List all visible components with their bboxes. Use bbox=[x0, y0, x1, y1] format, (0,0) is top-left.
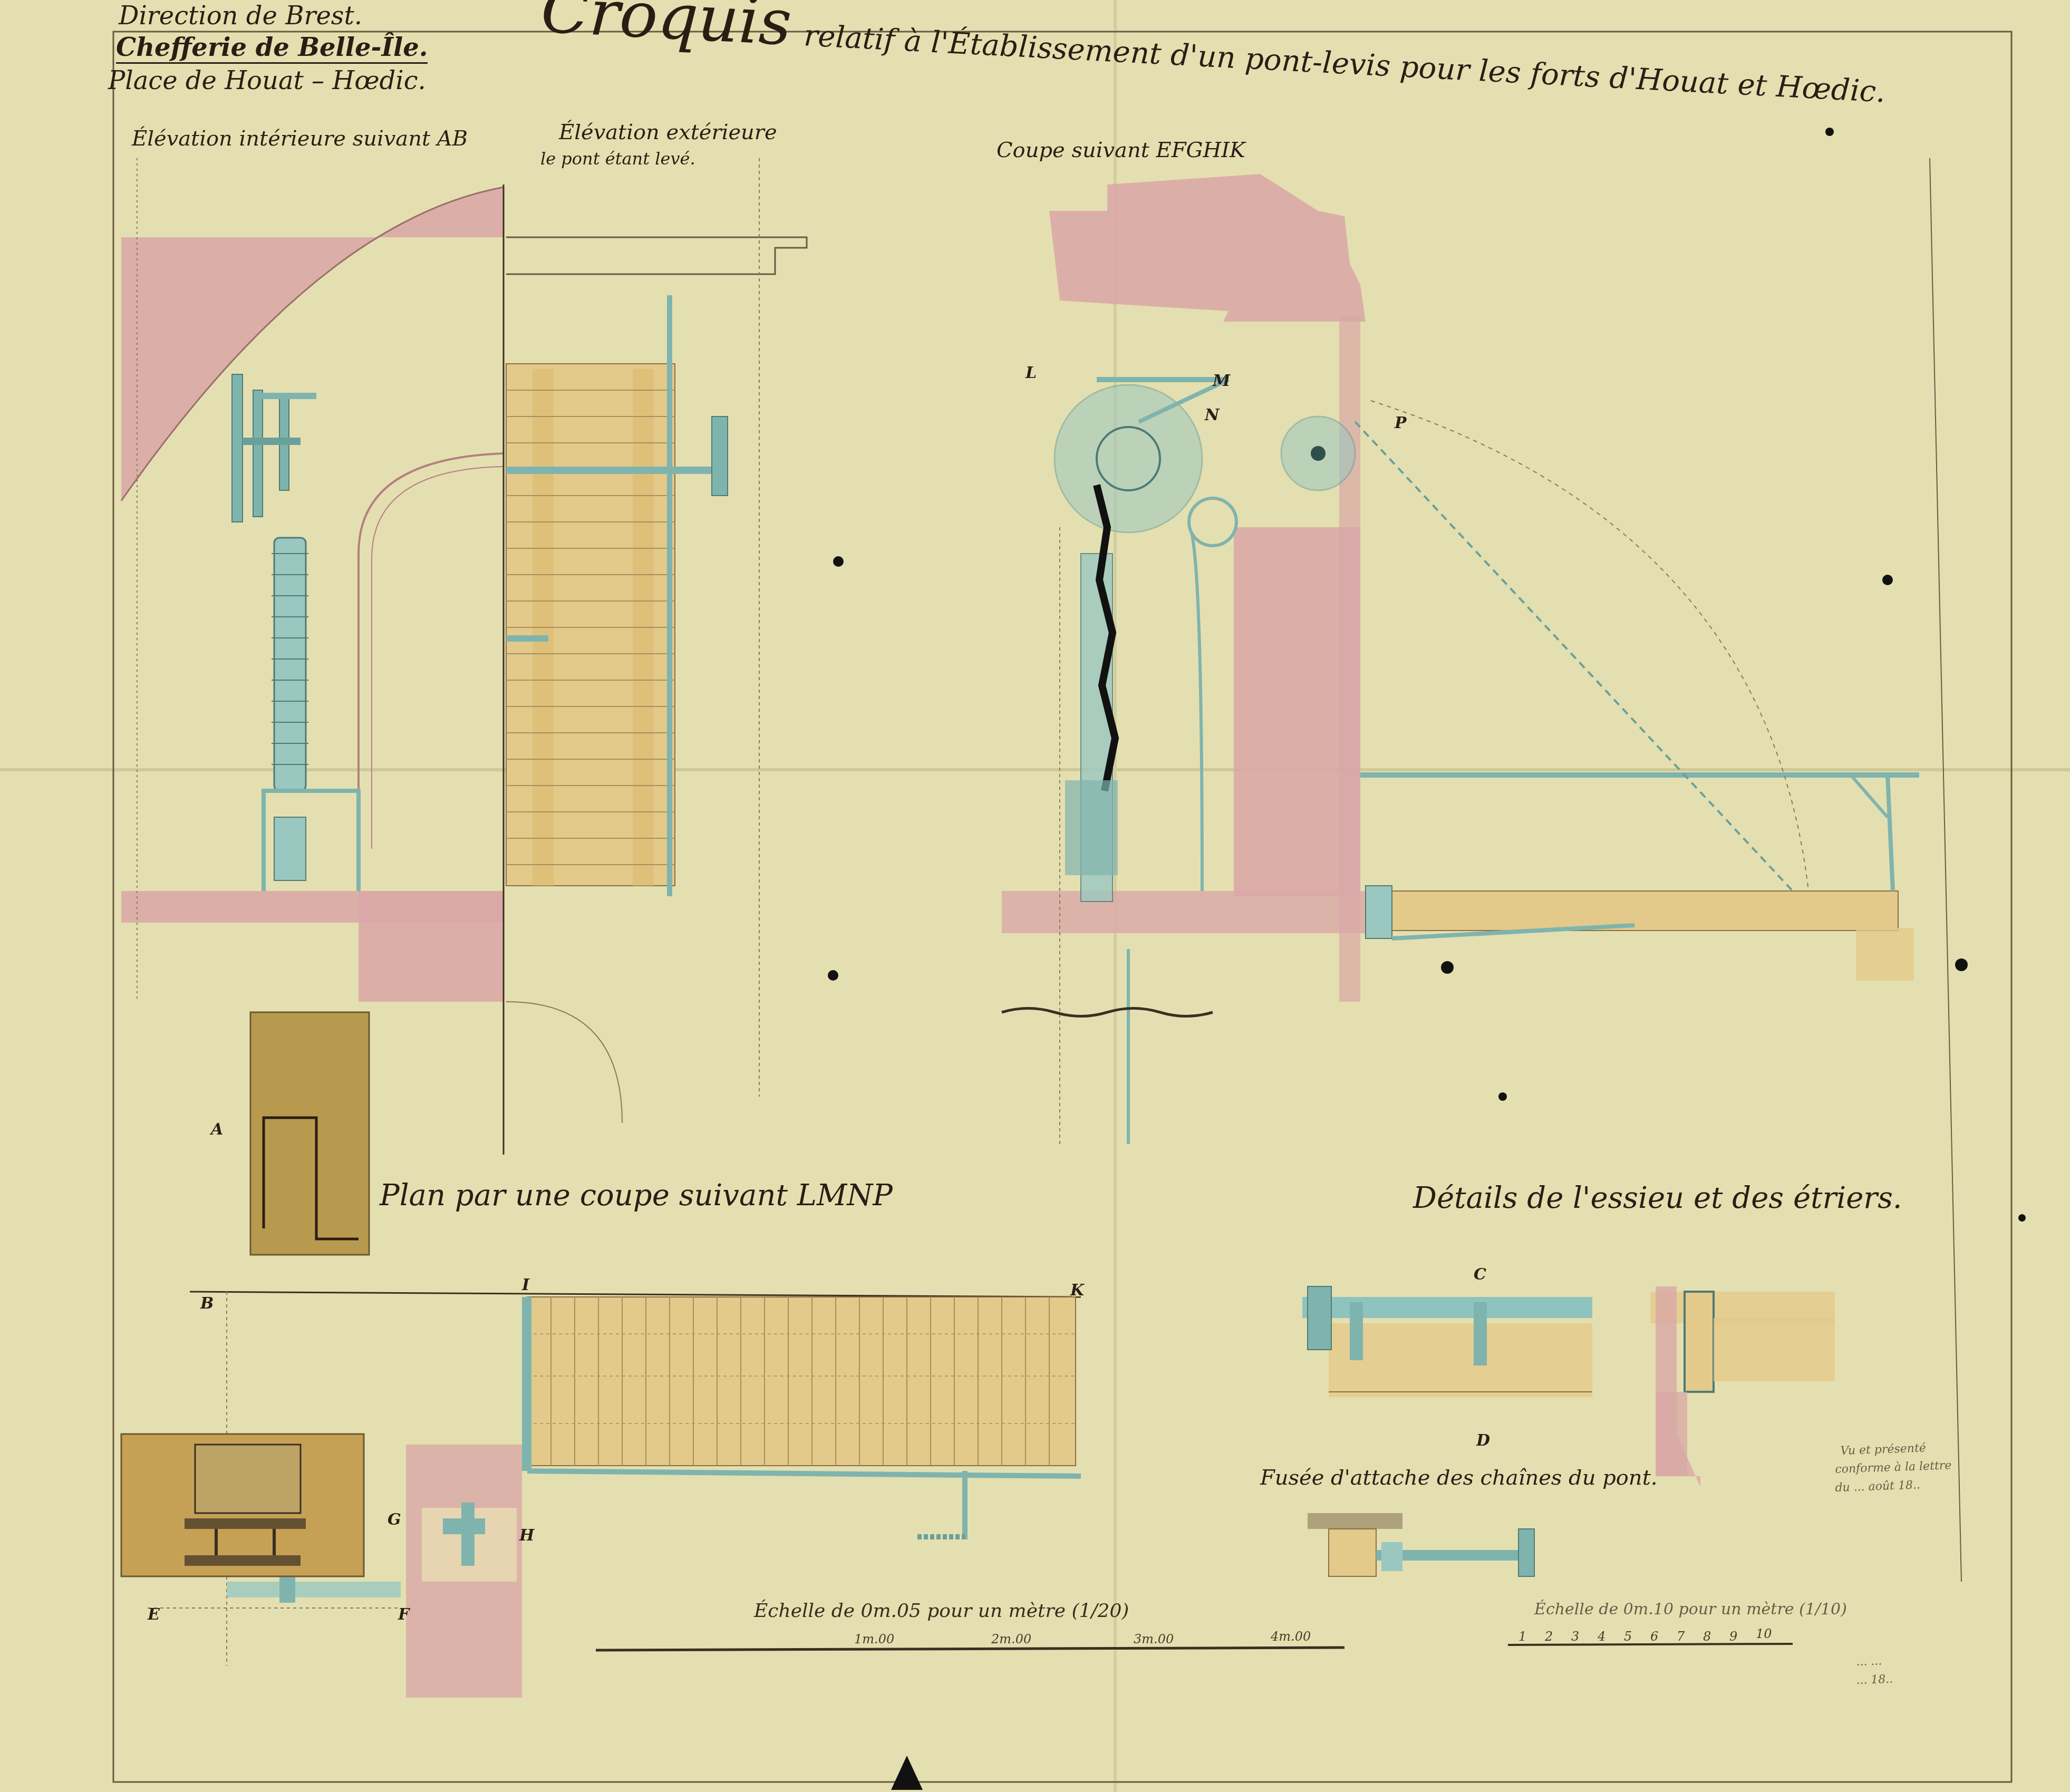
point-label-m: M bbox=[1213, 372, 1230, 390]
admin-line-place: Place de Houat – Hœdic. bbox=[108, 66, 426, 95]
scale-detail-tick: 4 bbox=[1598, 1629, 1605, 1644]
point-label-c: C bbox=[1474, 1265, 1486, 1284]
point-label-d: D bbox=[1476, 1431, 1490, 1450]
scale-detail-label: Échelle de 0m.10 pour un mètre (1/10) bbox=[1534, 1600, 1847, 1619]
point-label-f: F bbox=[398, 1605, 409, 1624]
section-plan: Plan par une coupe suivant LMNP bbox=[380, 1178, 893, 1213]
technical-drawing bbox=[0, 0, 2070, 1792]
bottom-note-line: ... 18.. bbox=[1856, 1673, 1893, 1687]
scale-detail-tick: 1 bbox=[1518, 1629, 1526, 1644]
point-label-n: N bbox=[1205, 406, 1219, 424]
scale-main-tick: 2m.00 bbox=[991, 1632, 1031, 1646]
scale-main-label: Échelle de 0m.05 pour un mètre (1/20) bbox=[754, 1600, 1129, 1622]
scale-main-tick: 3m.00 bbox=[1134, 1632, 1174, 1646]
title-initial: C bbox=[539, 0, 592, 50]
section-elevation-exterieure: Élévation extérieure bbox=[559, 120, 777, 144]
section-elevation-interieure: Élévation intérieure suivant AB bbox=[132, 127, 468, 151]
plan-deck bbox=[527, 1297, 1076, 1466]
point-label-l: L bbox=[1026, 364, 1037, 382]
point-label-e: E bbox=[148, 1605, 160, 1624]
section-fusee: Fusée d'attache des chaînes du pont. bbox=[1260, 1466, 1657, 1490]
scale-detail-tick: 6 bbox=[1650, 1629, 1658, 1644]
point-label-k: K bbox=[1070, 1281, 1084, 1300]
pasted-flap-upper bbox=[250, 1012, 369, 1255]
admin-line-direction: Direction de Brest. bbox=[119, 1, 362, 31]
drawbridge-deck-lowered bbox=[1371, 891, 1898, 931]
point-label-g: G bbox=[388, 1510, 401, 1529]
point-label-b: B bbox=[200, 1294, 214, 1313]
scale-detail-tick: 10 bbox=[1756, 1626, 1772, 1641]
section-details: Détails de l'essieu et des étriers. bbox=[1413, 1181, 1902, 1215]
title-word: roquis bbox=[587, 0, 793, 60]
scale-detail-tick: 3 bbox=[1571, 1629, 1579, 1644]
drawing-sheet: Direction de Brest. Chefferie de Belle-Î… bbox=[0, 0, 2070, 1792]
point-label-i: I bbox=[522, 1276, 529, 1294]
scale-detail-tick: 2 bbox=[1545, 1629, 1553, 1644]
counterweight-wheel bbox=[1055, 385, 1202, 532]
section-coupe: Coupe suivant EFGHIK bbox=[997, 138, 1245, 162]
scale-bar-detail bbox=[1508, 1644, 1793, 1645]
point-label-a: A bbox=[211, 1120, 223, 1139]
scale-main-tick: 1m.00 bbox=[854, 1632, 894, 1646]
scale-detail-tick: 5 bbox=[1624, 1629, 1632, 1644]
section-elevation-exterieure-sub: le pont étant levé. bbox=[540, 149, 695, 169]
scale-main-tick: 4m.00 bbox=[1271, 1629, 1311, 1644]
scale-detail-tick: 8 bbox=[1703, 1629, 1711, 1644]
point-label-h: H bbox=[519, 1526, 534, 1545]
point-label-p: P bbox=[1395, 414, 1407, 432]
admin-line-chefferie: Chefferie de Belle-Île. bbox=[116, 33, 428, 64]
bottom-note-line: ... ... bbox=[1856, 1654, 1882, 1669]
scale-detail-tick: 7 bbox=[1677, 1629, 1685, 1644]
scale-detail-tick: 9 bbox=[1729, 1629, 1737, 1644]
